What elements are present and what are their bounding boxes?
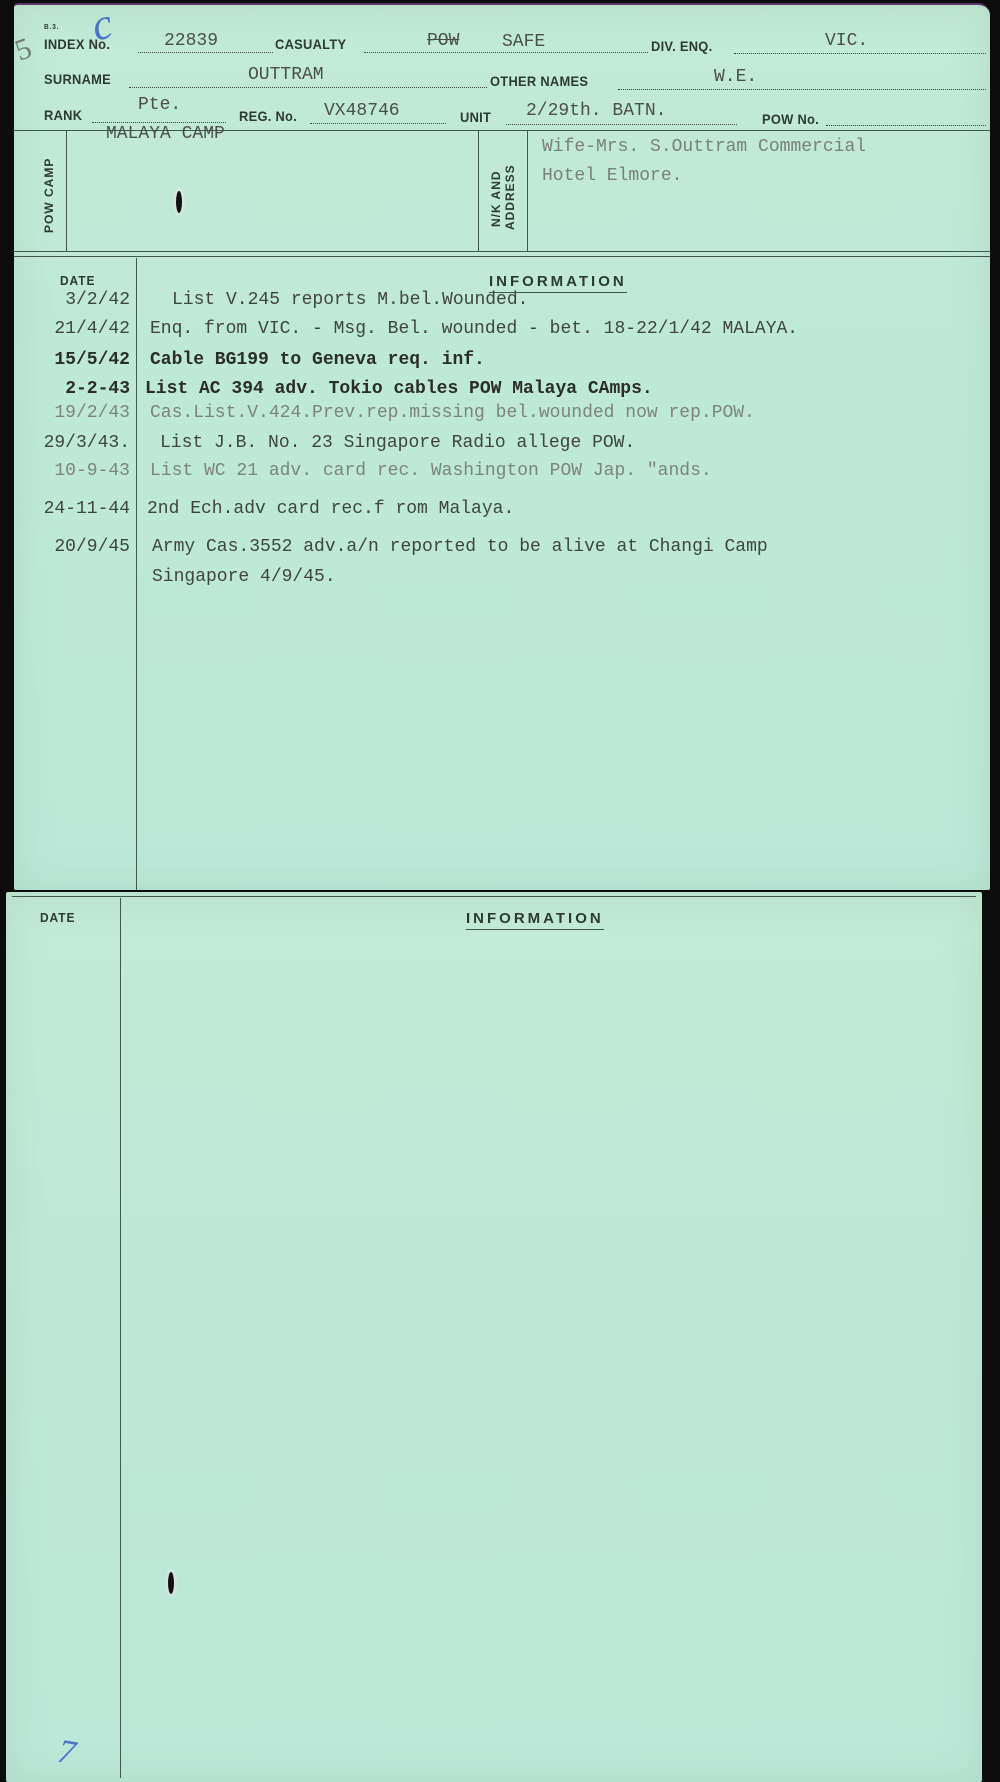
other-names-line — [618, 89, 986, 90]
nok-address-line2: Hotel Elmore. — [542, 166, 682, 186]
surname-value: OUTTRAM — [248, 65, 324, 85]
log-entry-date: 3/2/42 — [10, 290, 130, 310]
nok-label-line2: ADDRESS — [503, 164, 517, 230]
unit-line — [506, 124, 737, 125]
rank-line — [92, 122, 226, 123]
div-enq-line — [734, 53, 986, 54]
surname-line — [129, 87, 487, 88]
casualty-value: SAFE — [502, 32, 545, 52]
other-names-label: OTHER NAMES — [490, 73, 588, 89]
form-code: B.3. — [44, 24, 59, 31]
log-entry-info: Enq. from VIC. - Msg. Bel. wounded - bet… — [150, 319, 798, 339]
other-names-value: W.E. — [714, 67, 757, 87]
pencil-mark: 5 — [11, 31, 37, 68]
casualty-line — [364, 52, 648, 53]
log-entry-info: List AC 394 adv. Tokio cables POW Malaya… — [145, 379, 653, 399]
index-no-value: 22839 — [164, 31, 218, 51]
log-entry-info: Cable BG199 to Geneva req. inf. — [150, 350, 485, 370]
log-entry-date: 29/3/43. — [10, 433, 130, 453]
rank-label: RANK — [44, 107, 82, 123]
log-entry-date: 15/5/42 — [10, 350, 130, 370]
back-information-header: INFORMATION — [466, 910, 604, 930]
log-entry-info: List J.B. No. 23 Singapore Radio allege … — [160, 433, 635, 453]
reg-no-line — [310, 123, 446, 124]
surname-label: SURNAME — [44, 71, 111, 87]
pow-camp-label: POW CAMP — [42, 158, 56, 233]
index-card-back: DATE INFORMATION 7 — [6, 892, 982, 1782]
div-enq-label: DIV. ENQ. — [651, 38, 712, 54]
log-entry-info: 2nd Ech.adv card rec.f rom Malaya. — [147, 499, 514, 519]
back-date-column-divider — [120, 898, 121, 1778]
pow-no-label: POW No. — [762, 111, 819, 127]
unit-label: UNIT — [460, 109, 491, 125]
date-header: DATE — [60, 273, 95, 288]
nok-address-line1: Wife-Mrs. S.Outtram Commercial — [542, 137, 866, 157]
casualty-label: CASUALTY — [275, 36, 346, 52]
nok-label-line1: N/K AND — [489, 170, 503, 227]
rank-value: Pte. — [138, 95, 181, 115]
date-column-divider — [136, 258, 137, 890]
log-entry-date: 19/2/43 — [10, 403, 130, 423]
log-entry-info: List WC 21 adv. card rec. Washington POW… — [150, 461, 712, 481]
nok-divider-right — [527, 131, 528, 251]
punch-hole — [176, 191, 182, 213]
pow-camp-value: MALAYA CAMP — [106, 124, 225, 144]
pow-no-line — [826, 125, 986, 126]
back-date-header: DATE — [40, 910, 75, 925]
index-no-line — [138, 52, 273, 53]
reg-no-value: VX48746 — [324, 101, 400, 121]
index-no-label: INDEX No. — [44, 36, 110, 52]
log-entry-date: 10-9-43 — [10, 461, 130, 481]
back-punch-hole — [168, 1572, 174, 1594]
log-entry-info: Singapore 4/9/45. — [152, 567, 336, 587]
log-entry-info: List V.245 reports M.bel.Wounded. — [172, 290, 528, 310]
index-card-front: 5 c B.3. INDEX No. 22839 CASUALTY POW SA… — [14, 3, 990, 890]
log-entry-date: 21/4/42 — [10, 319, 130, 339]
back-blue-ink-mark: 7 — [55, 1733, 78, 1773]
log-entry-date: 24-11-44 — [10, 499, 130, 519]
casualty-struck-value: POW — [427, 31, 459, 51]
back-top-rule — [12, 896, 976, 897]
pow-camp-label-divider — [66, 131, 67, 251]
block-bottom-rule-1 — [14, 251, 990, 252]
log-entry-info: Cas.List.V.424.Prev.rep.missing bel.woun… — [150, 403, 755, 423]
block-bottom-rule-2 — [14, 256, 990, 257]
log-entry-date: 20/9/45 — [10, 537, 130, 557]
reg-no-label: REG. No. — [239, 108, 297, 124]
unit-value: 2/29th. BATN. — [526, 101, 666, 121]
nok-divider-left — [478, 131, 479, 251]
log-entry-date: 2-2-43 — [10, 379, 130, 399]
div-enq-value: VIC. — [825, 31, 868, 51]
log-entry-info: Army Cas.3552 adv.a/n reported to be ali… — [152, 537, 768, 557]
